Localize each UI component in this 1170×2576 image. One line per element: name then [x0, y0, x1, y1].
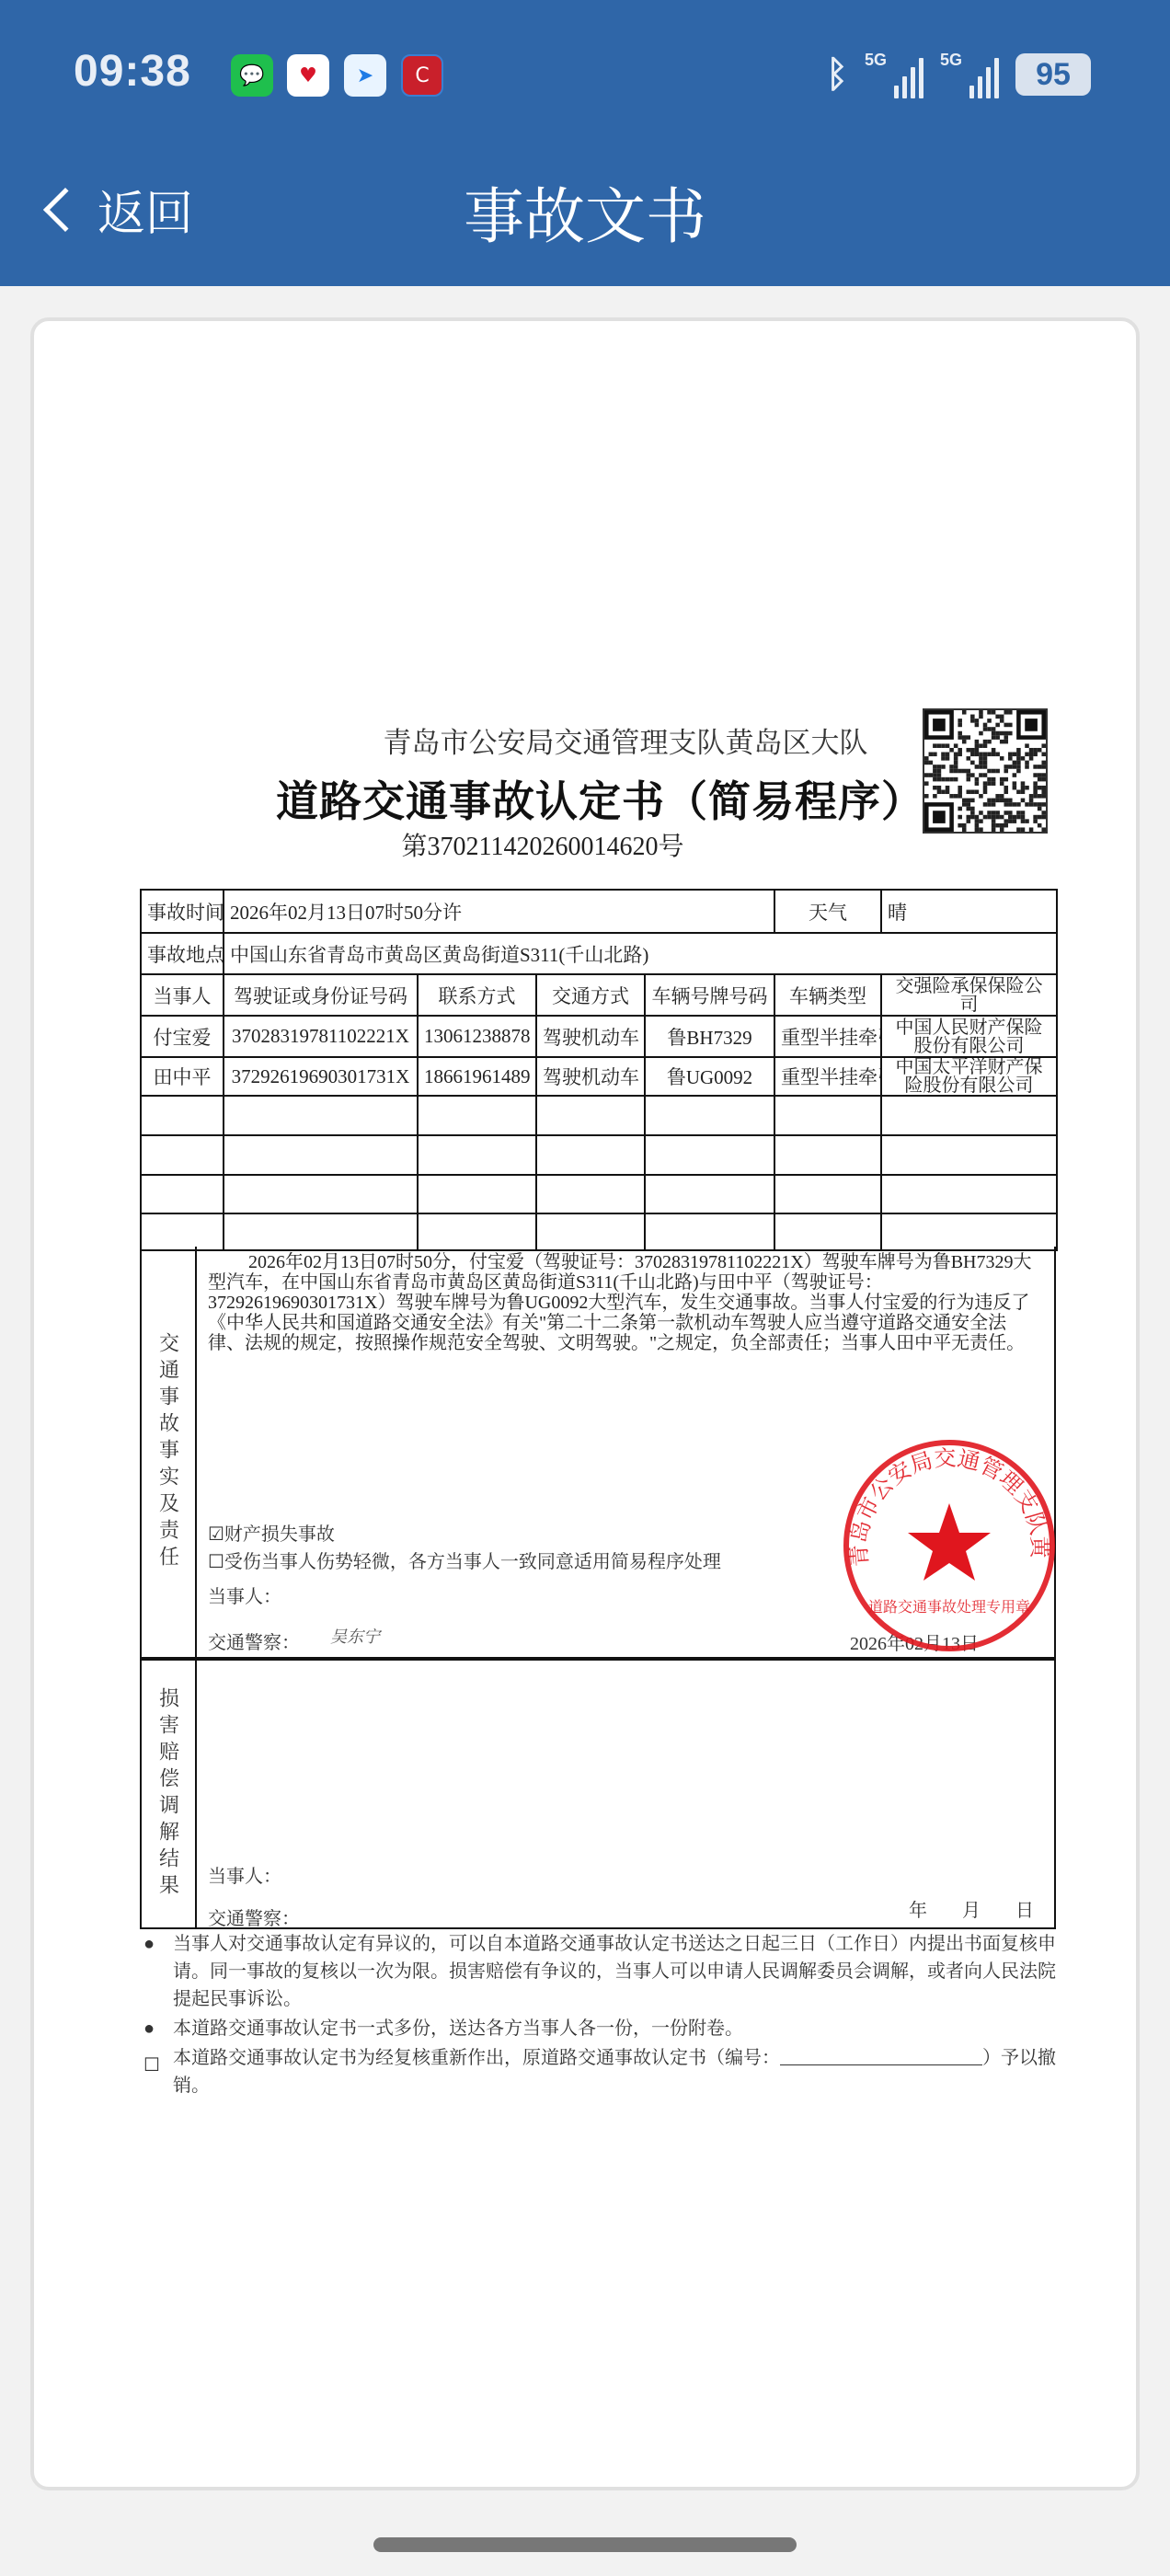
system-icons: ᛒ 5G 5G 95 [826, 51, 1091, 98]
comp-police-label: 交通警察： [208, 1903, 300, 1930]
document-title: 道路交通事故认定书（简易程序） [276, 768, 920, 829]
note-item: ● 当事人对交通事故认定有异议的，可以自本道路交通事故认定书送达之日起三日（工作… [140, 1930, 1060, 2013]
time-value: 2026年02月13日07时50分许 [224, 890, 774, 933]
note-text: 本道路交通事故认定书一式多份，送达各方当事人各一份，一份附卷。 [173, 2018, 743, 2039]
party-phone: 18661961489 [418, 1057, 536, 1096]
issuing-organization: 青岛市公安局交通管理支队黄岛区大队 [331, 719, 920, 761]
note-text: 当事人对交通事故认定有异议的，可以自本道路交通事故认定书送达之日起三日（工作日）… [173, 1934, 1056, 2009]
party-id: 37292619690301731X [224, 1057, 418, 1096]
header-party: 当事人 [141, 974, 224, 1016]
bullet-icon: ● [143, 1930, 155, 1958]
month-label: 月 [962, 1895, 981, 1922]
police-signature-label: 交通警察： [208, 1627, 300, 1654]
weather-label: 天气 [774, 890, 881, 933]
facts-label: 交通事故事实及责任 [142, 1247, 197, 1657]
header-insurer: 交强险承保保险公司 [881, 974, 1057, 1016]
red-app-icon: C [401, 54, 443, 97]
party-mode: 驾驶机动车 [536, 1057, 645, 1096]
signal-icon: 5G [865, 51, 923, 98]
original-number-blank [780, 2047, 982, 2065]
empty-row [141, 1096, 1057, 1135]
header-plate: 车辆号牌号码 [645, 974, 774, 1016]
year-label: 年 [909, 1895, 927, 1922]
party-signature-label: 当事人： [208, 1581, 281, 1608]
empty-row [141, 1175, 1057, 1213]
document-number: 第370211420260014620号 [368, 826, 717, 863]
svg-text:道路交通事故处理专用章: 道路交通事故处理专用章 [868, 1598, 1030, 1616]
weather-value: 晴 [881, 890, 1057, 933]
day-label: 日 [1015, 1895, 1034, 1922]
qr-code-icon [923, 708, 1048, 834]
battery-icon: 95 [1015, 53, 1091, 96]
party-plate: 鲁UG0092 [645, 1057, 774, 1096]
party-vehicle-type: 重型半挂牵引车 [774, 1016, 881, 1057]
party-id: 37028319781102221X [224, 1016, 418, 1057]
wechat-icon: 💬 [231, 54, 273, 97]
home-indicator[interactable] [373, 2537, 797, 2552]
party-phone: 13061238878 [418, 1016, 536, 1057]
page-title: 事故文书 [0, 167, 1170, 255]
table-row: 田中平 37292619690301731X 18661961489 驾驶机动车… [141, 1057, 1057, 1096]
party-insurer: 中国太平洋财产保险股份有限公司 [881, 1057, 1057, 1096]
header-mode: 交通方式 [536, 974, 645, 1016]
header-vehicle-type: 车辆类型 [774, 974, 881, 1016]
accident-info-table: 事故时间 2026年02月13日07时50分许 天气 晴 事故地点 中国山东省青… [140, 889, 1058, 1251]
note-item: ☐ 本道路交通事故认定书为经复核重新作出，原道路交通事故认定书（编号：）予以撤销… [140, 2044, 1060, 2099]
location-label: 事故地点 [141, 933, 224, 974]
party-plate: 鲁BH7329 [645, 1016, 774, 1057]
empty-row [141, 1213, 1057, 1250]
official-stamp-icon: 青岛市公安局交通管理支队黄岛区大队 道路交通事故处理专用章 [841, 1437, 1058, 1654]
note-item: ● 本道路交通事故认定书一式多份，送达各方当事人各一份，一份附卷。 [140, 2015, 1060, 2042]
notes: ● 当事人对交通事故认定有异议的，可以自本道路交通事故认定书送达之日起三日（工作… [140, 1930, 1060, 2101]
status-time: 09:38 [74, 46, 191, 97]
empty-row [141, 1135, 1057, 1175]
table-row: 付宝爱 37028319781102221X 13061238878 驾驶机动车… [141, 1016, 1057, 1057]
parties-header-row: 当事人 驾驶证或身份证号码 联系方式 交通方式 车辆号牌号码 车辆类型 交强险承… [141, 974, 1057, 1016]
paper-plane-icon: ➤ [344, 54, 386, 97]
comp-party-label: 当事人： [208, 1861, 281, 1888]
party-mode: 驾驶机动车 [536, 1016, 645, 1057]
comp-date: 年 月 日 [909, 1895, 1034, 1922]
party-name: 田中平 [141, 1057, 224, 1096]
header-phone: 联系方式 [418, 974, 536, 1016]
location-value: 中国山东省青岛市黄岛区黄岛街道S311(千山北路) [224, 933, 1057, 974]
property-loss-checkbox: ☑财产损失事故 [208, 1519, 335, 1546]
party-name: 付宝爱 [141, 1016, 224, 1057]
top-bar: 09:38 💬 ♥ ➤ C ᛒ 5G 5G 95 返回 事故文书 [0, 0, 1170, 286]
police-signature: 吴东宁 [330, 1624, 380, 1648]
minor-injury-checkbox: ☐受伤当事人伤势轻微，各方当事人一致同意适用简易程序处理 [208, 1547, 721, 1573]
facts-section: 交通事故事实及责任 2026年02月13日07时50分，付宝爱（驾驶证号：370… [140, 1247, 1056, 1659]
shopping-heart-icon: ♥ [287, 54, 329, 97]
header-id: 驾驶证或身份证号码 [224, 974, 418, 1016]
party-vehicle-type: 重型半挂牵引车 [774, 1057, 881, 1096]
facts-text: 2026年02月13日07时50分，付宝爱（驾驶证号：3702831978110… [208, 1252, 1043, 1353]
bluetooth-icon: ᛒ [826, 53, 848, 96]
time-label: 事故时间 [141, 890, 224, 933]
party-insurer: 中国人民财产保险股份有限公司 [881, 1016, 1057, 1057]
signal-icon-2: 5G [940, 51, 999, 98]
checkbox-icon: ☐ [143, 2052, 160, 2079]
bullet-icon: ● [143, 2015, 155, 2042]
compensation-label: 损害赔偿调解结果 [142, 1661, 197, 1927]
compensation-section: 损害赔偿调解结果 当事人： 交通警察： 年 月 日 [140, 1659, 1056, 1929]
note-text: 本道路交通事故认定书为经复核重新作出，原道路交通事故认定书（编号： [173, 2048, 780, 2068]
